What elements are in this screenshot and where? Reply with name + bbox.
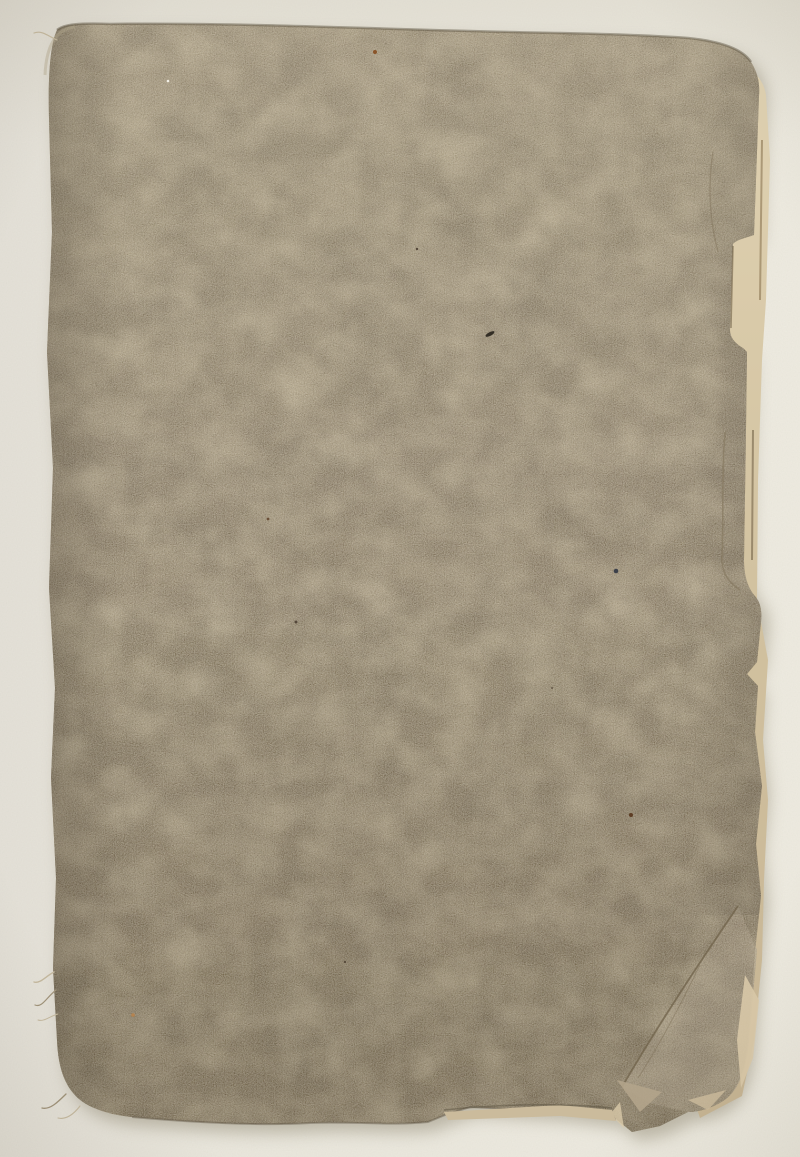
vignette-overlay — [0, 0, 800, 1157]
photo-canvas — [0, 0, 800, 1157]
